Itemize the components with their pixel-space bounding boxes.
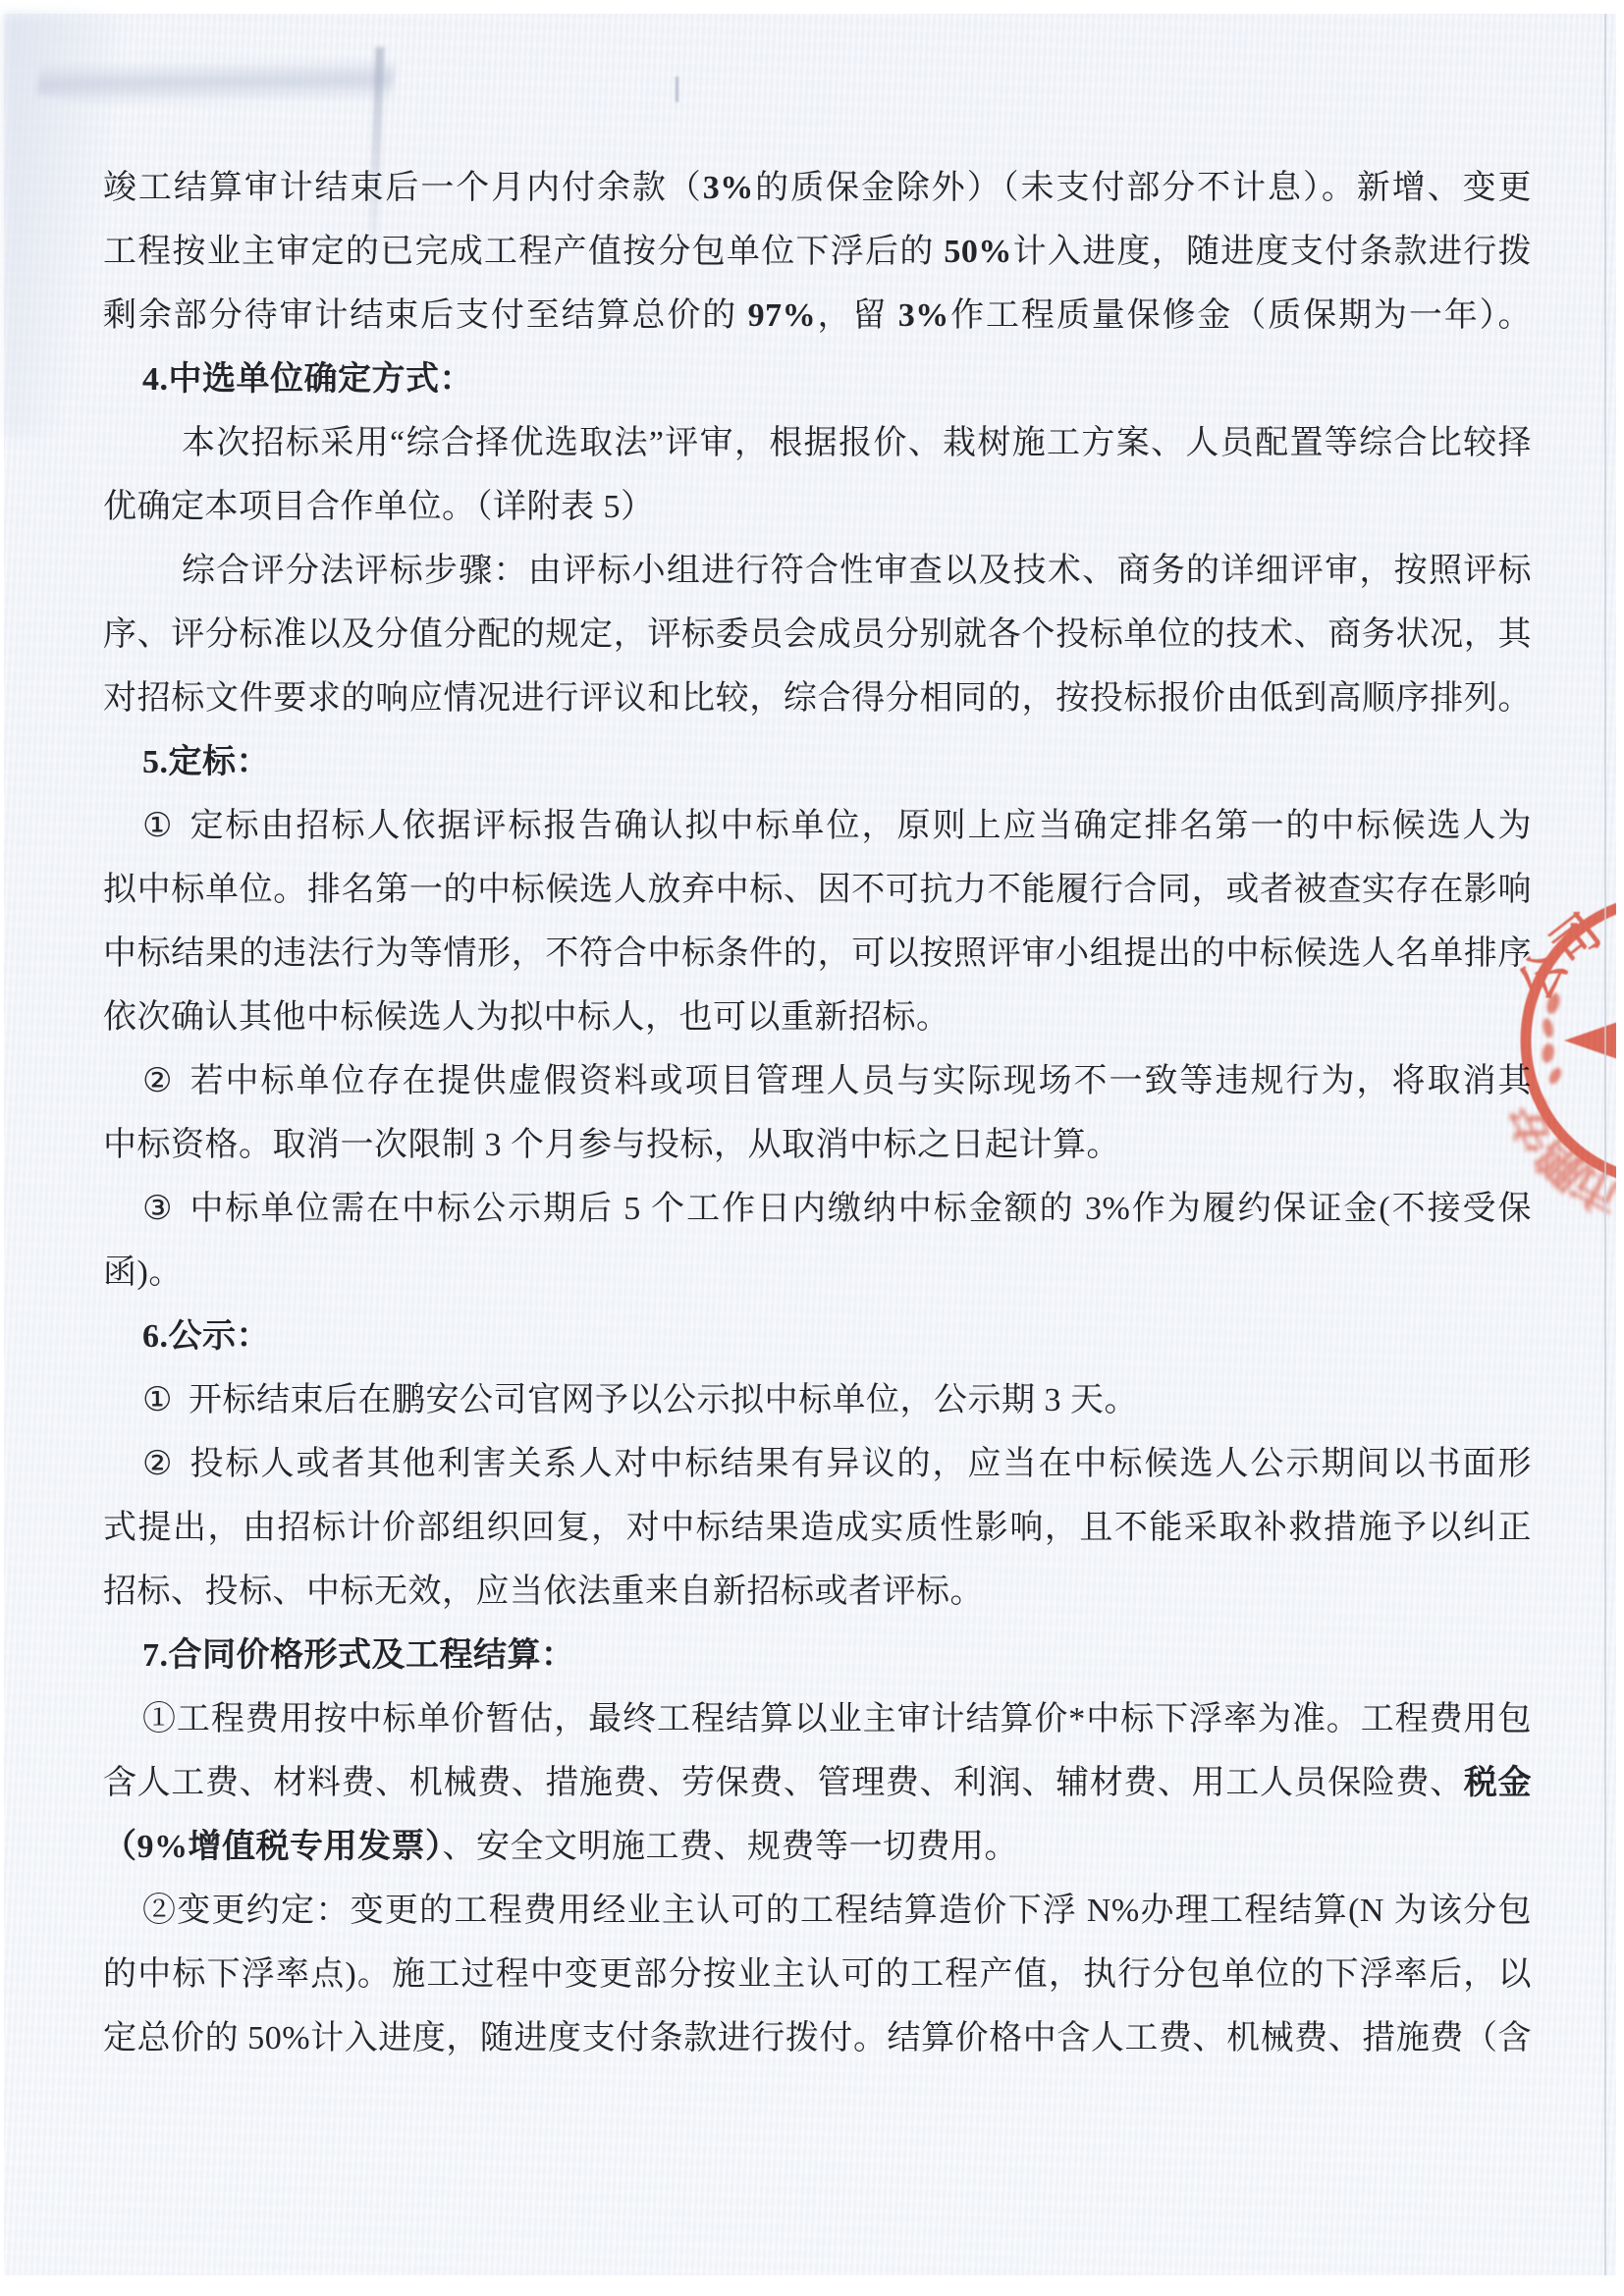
text-line: 式提出，由招标计价部组织回复，对中标结果造成实质性影响，且不能采取补救措施予以纠… bbox=[103, 1496, 1532, 1560]
text-run: 式提出，由招标计价部组织回复，对中标结果造成实质性影响，且不能采取补救措施予以纠… bbox=[103, 1510, 1532, 1560]
text-run: 优确定本项目合作单位。（详附表 5） bbox=[103, 489, 655, 525]
text-run: ，留 bbox=[816, 297, 898, 334]
text-run-bold: 5.定标： bbox=[142, 744, 270, 780]
text-line: ①定标由招标人依据评标报告确认拟中标单位，原则上应当确定排名第一的中标候选人为 bbox=[103, 794, 1532, 858]
text-line: 含人工费、材料费、机械费、措施费、劳保费、管理费、利润、辅材费、用工人员保险费、… bbox=[103, 1751, 1532, 1815]
text-line: ②投标人或者其他利害关系人对中标结果有异议的，应当在中标候选人公示期间以书面形 bbox=[103, 1432, 1532, 1496]
text-run: ① bbox=[142, 808, 174, 844]
text-line: ②若中标单位存在提供虚假资料或项目管理人员与实际现场不一致等违规行为，将取消其 bbox=[103, 1049, 1532, 1113]
text-line: 综合评分法评标步骤：由评标小组进行符合性审查以及技术、商务的详细评审，按照评标程 bbox=[103, 539, 1532, 603]
text-run: 对招标文件要求的响应情况进行评议和比较，综合得分相同的，按投标报价由低到高顺序排… bbox=[103, 680, 1532, 717]
text-line: ①开标结束后在鹏安公司官网予以公示拟中标单位，公示期 3 天。 bbox=[103, 1368, 1532, 1432]
text-run: 工程按业主审定的已完成工程产值按分包单位下浮后的 bbox=[103, 234, 944, 270]
text-run-bold: 3% bbox=[703, 170, 754, 206]
text-line: 4.中选单位确定方式： bbox=[103, 347, 1532, 411]
text-line: 定总价的 50%计入进度，随进度支付条款进行拨付。结算价格中含人工费、机械费、措… bbox=[103, 2006, 1532, 2070]
text-run: 的中标下浮率点)。施工过程中变更部分按业主认可的工程产值，执行分包单位的下浮率后… bbox=[103, 1956, 1532, 2006]
text-run: 开标结束后在鹏安公司官网予以公示拟中标单位，公示期 3 天。 bbox=[189, 1382, 1138, 1418]
text-line: （9%增值税专用发票）、安全文明施工费、规费等一切费用。 bbox=[103, 1815, 1532, 1879]
text-run: 本次招标采用“综合择优选取法”评审，根据报价、栽树施工方案、人员配置等综合比较择 bbox=[182, 425, 1532, 461]
text-run-bold: （9%增值税专用发票） bbox=[103, 1829, 443, 1865]
text-run: 含人工费、材料费、机械费、措施费、劳保费、管理费、利润、辅材费、用工人员保险费、 bbox=[103, 1765, 1464, 1801]
text-run: 拟中标单位。排名第一的中标候选人放弃中标、因不可抗力不能履行合同，或者被查实存在… bbox=[103, 872, 1532, 908]
text-run: ② bbox=[142, 1063, 174, 1099]
text-run-bold: 3% bbox=[898, 297, 949, 334]
text-line: 工程按业主审定的已完成工程产值按分包单位下浮后的 50%计入进度，随进度支付条款… bbox=[103, 220, 1532, 284]
text-run: 函)。 bbox=[103, 1255, 183, 1291]
company-seal-stamp: 司 公 安 鹏 市 bbox=[1473, 854, 1616, 1237]
text-run: 中标资格。取消一次限制 3 个月参与投标，从取消中标之日起计算。 bbox=[103, 1127, 1120, 1163]
text-line: 本次招标采用“综合择优选取法”评审，根据报价、栽树施工方案、人员配置等综合比较择 bbox=[103, 411, 1532, 475]
paper-edge-line bbox=[1604, 14, 1606, 2275]
text-run: 序、评分标准以及分值分配的规定，评标委员会成员分别就各个投标单位的技术、商务状况… bbox=[103, 616, 1532, 653]
text-run: 中标结果的违法行为等情形，不符合中标条件的，可以按照评审小组提出的中标候选人名单… bbox=[103, 935, 1532, 972]
text-run: 依次确认其他中标候选人为拟中标人，也可以重新招标。 bbox=[103, 999, 950, 1036]
text-run: 若中标单位存在提供虚假资料或项目管理人员与实际现场不一致等违规行为，将取消其 bbox=[189, 1063, 1532, 1099]
text-line: ③中标单位需在中标公示期后 5 个工作日内缴纳中标金额的 3%作为履约保证金(不… bbox=[103, 1177, 1532, 1241]
text-line: 中标资格。取消一次限制 3 个月参与投标，从取消中标之日起计算。 bbox=[103, 1113, 1532, 1177]
text-line: 5.定标： bbox=[103, 730, 1532, 794]
text-run: ①工程费用按中标单价暂估，最终工程结算以业主审计结算价*中标下浮率为准。工程费用… bbox=[142, 1701, 1532, 1737]
text-run: ② bbox=[142, 1446, 174, 1482]
text-line: 竣工结算审计结束后一个月内付余款（3%的质保金除外）（未支付部分不计息）。新增、… bbox=[103, 156, 1532, 220]
text-run: 投标人或者其他利害关系人对中标结果有异议的，应当在中标候选人公示期间以书面形 bbox=[189, 1446, 1532, 1482]
scanned-page: { "page": { "kind": "scanned tender docu… bbox=[0, 0, 1624, 2296]
text-line: 函)。 bbox=[103, 1241, 1532, 1305]
text-run: ②变更约定：变更的工程费用经业主认可的工程结算造价下浮 N%办理工程结算(N 为… bbox=[142, 1893, 1532, 1929]
text-run-bold: 4.中选单位确定方式： bbox=[142, 361, 473, 398]
text-run-bold: 6.公示： bbox=[142, 1318, 270, 1355]
text-run-bold: 7.合同价格形式及工程结算： bbox=[142, 1637, 575, 1674]
text-line: 招标、投标、中标无效，应当依法重来自新招标或者评标。 bbox=[103, 1560, 1532, 1624]
text-run: 剩余部分待审计结束后支付至结算总价的 bbox=[103, 297, 748, 334]
scan-artifact bbox=[676, 77, 678, 102]
text-line: 优确定本项目合作单位。（详附表 5） bbox=[103, 475, 1532, 539]
text-run: 作工程质量保修金（质保期为一年）。 bbox=[949, 297, 1532, 334]
text-run: ① bbox=[142, 1382, 173, 1418]
text-line: 依次确认其他中标候选人为拟中标人，也可以重新招标。 bbox=[103, 986, 1532, 1049]
text-line: 剩余部分待审计结束后支付至结算总价的 97%，留 3%作工程质量保修金（质保期为… bbox=[103, 284, 1532, 347]
text-line: 拟中标单位。排名第一的中标候选人放弃中标、因不可抗力不能履行合同，或者被查实存在… bbox=[103, 858, 1532, 922]
text-line: 中标结果的违法行为等情形，不符合中标条件的，可以按照评审小组提出的中标候选人名单… bbox=[103, 922, 1532, 986]
text-run: 定标由招标人依据评标报告确认拟中标单位，原则上应当确定排名第一的中标候选人为 bbox=[189, 808, 1532, 844]
text-run: 定总价的 50%计入进度，随进度支付条款进行拨付。结算价格中含人工费、机械费、措… bbox=[103, 2020, 1532, 2056]
text-line: 的中标下浮率点)。施工过程中变更部分按业主认可的工程产值，执行分包单位的下浮率后… bbox=[103, 1943, 1532, 2006]
text-line: 7.合同价格形式及工程结算： bbox=[103, 1624, 1532, 1687]
text-run: 的质保金除外）（未支付部分不计息）。新增、变更 bbox=[754, 170, 1532, 206]
text-run-bold: 50% bbox=[944, 234, 1012, 270]
text-run: 招标、投标、中标无效，应当依法重来自新招标或者评标。 bbox=[103, 1574, 984, 1610]
text-run-bold: 97% bbox=[748, 297, 817, 334]
text-run: ③ bbox=[142, 1191, 174, 1227]
text-line: ①工程费用按中标单价暂估，最终工程结算以业主审计结算价*中标下浮率为准。工程费用… bbox=[103, 1687, 1532, 1751]
text-line: 6.公示： bbox=[103, 1305, 1532, 1368]
text-run: 竣工结算审计结束后一个月内付余款（ bbox=[103, 170, 703, 206]
text-line: ②变更约定：变更的工程费用经业主认可的工程结算造价下浮 N%办理工程结算(N 为… bbox=[103, 1879, 1532, 1943]
text-run: 综合评分法评标步骤：由评标小组进行符合性审查以及技术、商务的详细评审，按照评标程 bbox=[182, 553, 1532, 603]
text-run: 、安全文明施工费、规费等一切费用。 bbox=[443, 1829, 1019, 1865]
text-line: 对招标文件要求的响应情况进行评议和比较，综合得分相同的，按投标报价由低到高顺序排… bbox=[103, 667, 1532, 730]
text-run: 中标单位需在中标公示期后 5 个工作日内缴纳中标金额的 3%作为履约保证金(不接… bbox=[189, 1191, 1532, 1227]
text-run-bold: 税金 bbox=[1464, 1765, 1532, 1801]
stamp-smudge bbox=[1541, 991, 1564, 1086]
document-body: 竣工结算审计结束后一个月内付余款（3%的质保金除外）（未支付部分不计息）。新增、… bbox=[103, 156, 1532, 2070]
text-line: 序、评分标准以及分值分配的规定，评标委员会成员分别就各个投标单位的技术、商务状况… bbox=[103, 603, 1532, 667]
